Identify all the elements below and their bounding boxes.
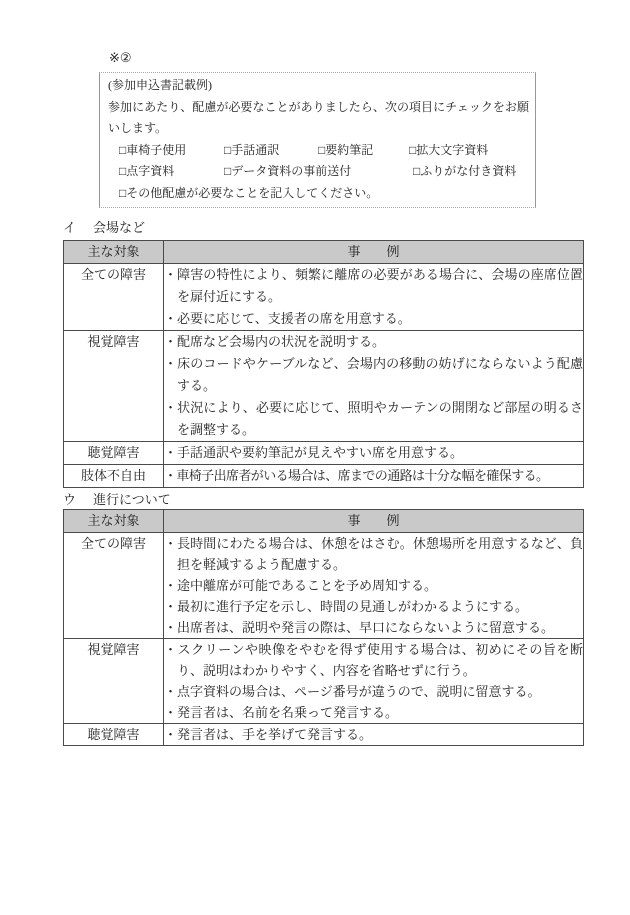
example-item: ・手話通訳や要約筆記が見えやすい席を用意する。 (164, 442, 583, 464)
example-item: ・障害の特性により、頻繁に離席の必要がある場合に、会場の座席位置を扉付近にする。 (164, 264, 583, 308)
example-item: ・途中離席が可能であることを予め周知する。 (164, 575, 583, 596)
section-marker: ウ (63, 492, 76, 507)
col-header-target: 主な対象 (64, 510, 164, 533)
example-item: ・状況により、必要に応じて、照明やカーテンの開閉など部屋の明るさを調整する。 (164, 397, 583, 441)
examples-cell: ・長時間にわたる場合は、休憩をはさむ。休憩場所を用意するなど、負担を軽減するよう… (164, 533, 584, 639)
section-title: 会場など (93, 220, 145, 235)
example-box-heading: (参加申込書記載例) (108, 75, 529, 97)
checkbox-row: □車椅子使用□手話通訳□要約筆記□拡大文字資料 (108, 140, 529, 162)
examples-cell: ・スクリーンや映像をやむを得ず使用する場合は、初めにその旨を断り、説明はわかりや… (164, 639, 584, 724)
checkbox-option-other: □その他配慮が必要なことを記入してください。 (119, 183, 378, 205)
checkbox-option-furigana: □ふりがな付き資料 (413, 161, 516, 183)
checkbox-row: □その他配慮が必要なことを記入してください。 (108, 183, 529, 205)
example-item: ・長時間にわたる場合は、休憩をはさむ。休憩場所を用意するなど、負担を軽減するよう… (164, 533, 583, 575)
examples-cell: ・配席など会場内の状況を説明する。 ・床のコードやケーブルなど、会場内の移動の妨… (164, 331, 584, 442)
target-cell: 視覚障害 (64, 331, 164, 442)
col-header-example: 事 例 (164, 510, 584, 533)
example-item: ・配席など会場内の状況を説明する。 (164, 331, 583, 353)
table-row: 視覚障害 ・配席など会場内の状況を説明する。 ・床のコードやケーブルなど、会場内… (64, 331, 584, 442)
example-item: ・必要に応じて、支援者の席を用意する。 (164, 308, 583, 330)
table-header-row: 主な対象 事 例 (64, 241, 584, 264)
target-cell: 全ての障害 (64, 533, 164, 639)
example-item: ・車椅子出席者がいる場合は、席までの通路は十分な幅を確保する。 (164, 465, 583, 487)
table-row: 肢体不自由 ・車椅子出席者がいる場合は、席までの通路は十分な幅を確保する。 (64, 465, 584, 488)
table-row: 全ての障害 ・長時間にわたる場合は、休憩をはさむ。休憩場所を用意するなど、負担を… (64, 533, 584, 639)
checkbox-row: □点字資料□データ資料の事前送付□ふりがな付き資料 (108, 161, 529, 183)
section-heading-venue: イ会場など (63, 219, 145, 237)
examples-cell: ・手話通訳や要約筆記が見えやすい席を用意する。 (164, 442, 584, 465)
checkbox-option-braille: □点字資料 (119, 161, 224, 183)
document-page: ※② (参加申込書記載例) 参加にあたり、配慮が必要なことがありましたら、次の項… (0, 0, 630, 915)
example-item: ・床のコードやケーブルなど、会場内の移動の妨げにならないよう配慮する。 (164, 353, 583, 397)
table-header-row: 主な対象 事 例 (64, 510, 584, 533)
table-row: 聴覚障害 ・手話通訳や要約筆記が見えやすい席を用意する。 (64, 442, 584, 465)
application-form-example-box: (参加申込書記載例) 参加にあたり、配慮が必要なことがありましたら、次の項目にチ… (99, 72, 536, 208)
target-cell: 聴覚障害 (64, 724, 164, 746)
examples-cell: ・障害の特性により、頻繁に離席の必要がある場合に、会場の座席位置を扉付近にする。… (164, 264, 584, 331)
example-item: ・最初に進行予定を示し、時間の見通しがわかるようにする。 (164, 596, 583, 617)
target-cell: 視覚障害 (64, 639, 164, 724)
checkbox-option-summary-writing: □要約筆記 (318, 140, 409, 162)
target-cell: 全ての障害 (64, 264, 164, 331)
examples-cell: ・車椅子出席者がいる場合は、席までの通路は十分な幅を確保する。 (164, 465, 584, 488)
example-item: ・スクリーンや映像をやむを得ず使用する場合は、初めにその旨を断り、説明はわかりや… (164, 639, 583, 681)
examples-cell: ・発言者は、手を挙げて発言する。 (164, 724, 584, 746)
example-item: ・発言者は、手を挙げて発言する。 (164, 724, 583, 745)
checkbox-option-large-print: □拡大文字資料 (409, 140, 488, 162)
example-item: ・点字資料の場合は、ページ番号が違うので、説明に留意する。 (164, 681, 583, 702)
table-row: 全ての障害 ・障害の特性により、頻繁に離席の必要がある場合に、会場の座席位置を扉… (64, 264, 584, 331)
checkbox-option-sign-language: □手話通訳 (224, 140, 318, 162)
table-row: 聴覚障害 ・発言者は、手を挙げて発言する。 (64, 724, 584, 746)
example-item: ・発言者は、名前を名乗って発言する。 (164, 702, 583, 723)
col-header-target: 主な対象 (64, 241, 164, 264)
table-row: 視覚障害 ・スクリーンや映像をやむを得ず使用する場合は、初めにその旨を断り、説明… (64, 639, 584, 724)
target-cell: 聴覚障害 (64, 442, 164, 465)
checkbox-option-advance-data: □データ資料の事前送付 (224, 161, 413, 183)
note-marker: ※② (109, 50, 132, 66)
proceedings-table: 主な対象 事 例 全ての障害 ・長時間にわたる場合は、休憩をはさむ。休憩場所を用… (63, 509, 584, 746)
target-cell: 肢体不自由 (64, 465, 164, 488)
venue-table: 主な対象 事 例 全ての障害 ・障害の特性により、頻繁に離席の必要がある場合に、… (63, 240, 584, 488)
section-title: 進行について (93, 492, 171, 507)
section-marker: イ (63, 220, 76, 235)
checkbox-option-wheelchair: □車椅子使用 (119, 140, 224, 162)
section-heading-proceedings: ウ進行について (63, 491, 171, 509)
col-header-example: 事 例 (164, 241, 584, 264)
example-box-intro: 参加にあたり、配慮が必要なことがありましたら、次の項目にチェックをお願いします。 (108, 97, 529, 140)
example-item: ・出席者は、説明や発言の際は、早口にならないように留意する。 (164, 617, 583, 638)
